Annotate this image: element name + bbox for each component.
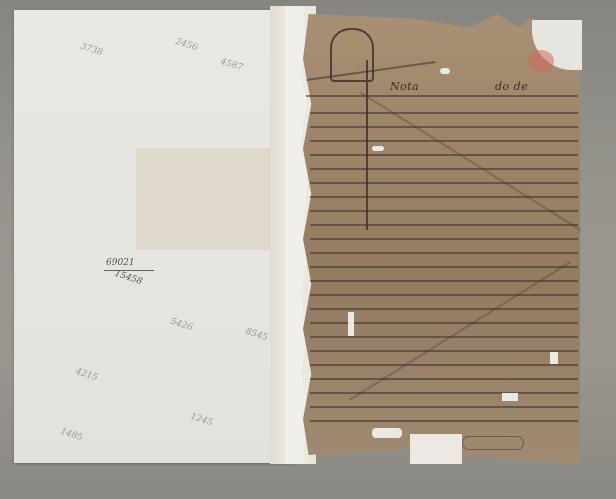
ink-line [310, 238, 578, 240]
paper-hole [372, 146, 384, 151]
ink-line [310, 420, 578, 422]
ink-line [310, 126, 578, 128]
ink-line [310, 266, 578, 268]
ink-line [310, 154, 578, 156]
ink-line [310, 210, 578, 212]
paper-hole [550, 352, 558, 364]
ink-line [310, 224, 578, 226]
ink-line [310, 392, 578, 394]
ink-line [310, 112, 578, 114]
left-page [14, 10, 296, 463]
ink-line [310, 140, 578, 142]
ink-line [310, 196, 578, 198]
paper-hole [502, 393, 518, 401]
pasted-patch [136, 148, 276, 250]
ink-line [310, 364, 578, 366]
ink-line [310, 294, 578, 296]
ink-line [310, 252, 578, 254]
heading-right: do de [495, 80, 528, 93]
heading-left: Nota [390, 80, 419, 93]
calculation-rule [104, 270, 154, 271]
ink-line [310, 378, 578, 380]
paper-hole [410, 434, 462, 464]
paper-hole [372, 428, 402, 438]
ink-line [306, 95, 578, 97]
calculation-top: 69021 [106, 258, 135, 268]
signature-flourish [462, 436, 524, 450]
ink-line [310, 182, 578, 184]
red-stamp [528, 50, 554, 72]
ink-line [310, 406, 578, 408]
paper-hole [440, 68, 450, 74]
ink-line [310, 350, 578, 352]
paper-hole [348, 312, 354, 336]
ink-line [310, 336, 578, 338]
ink-line [310, 168, 578, 170]
ink-line [310, 308, 578, 310]
margin-rule [366, 60, 368, 230]
